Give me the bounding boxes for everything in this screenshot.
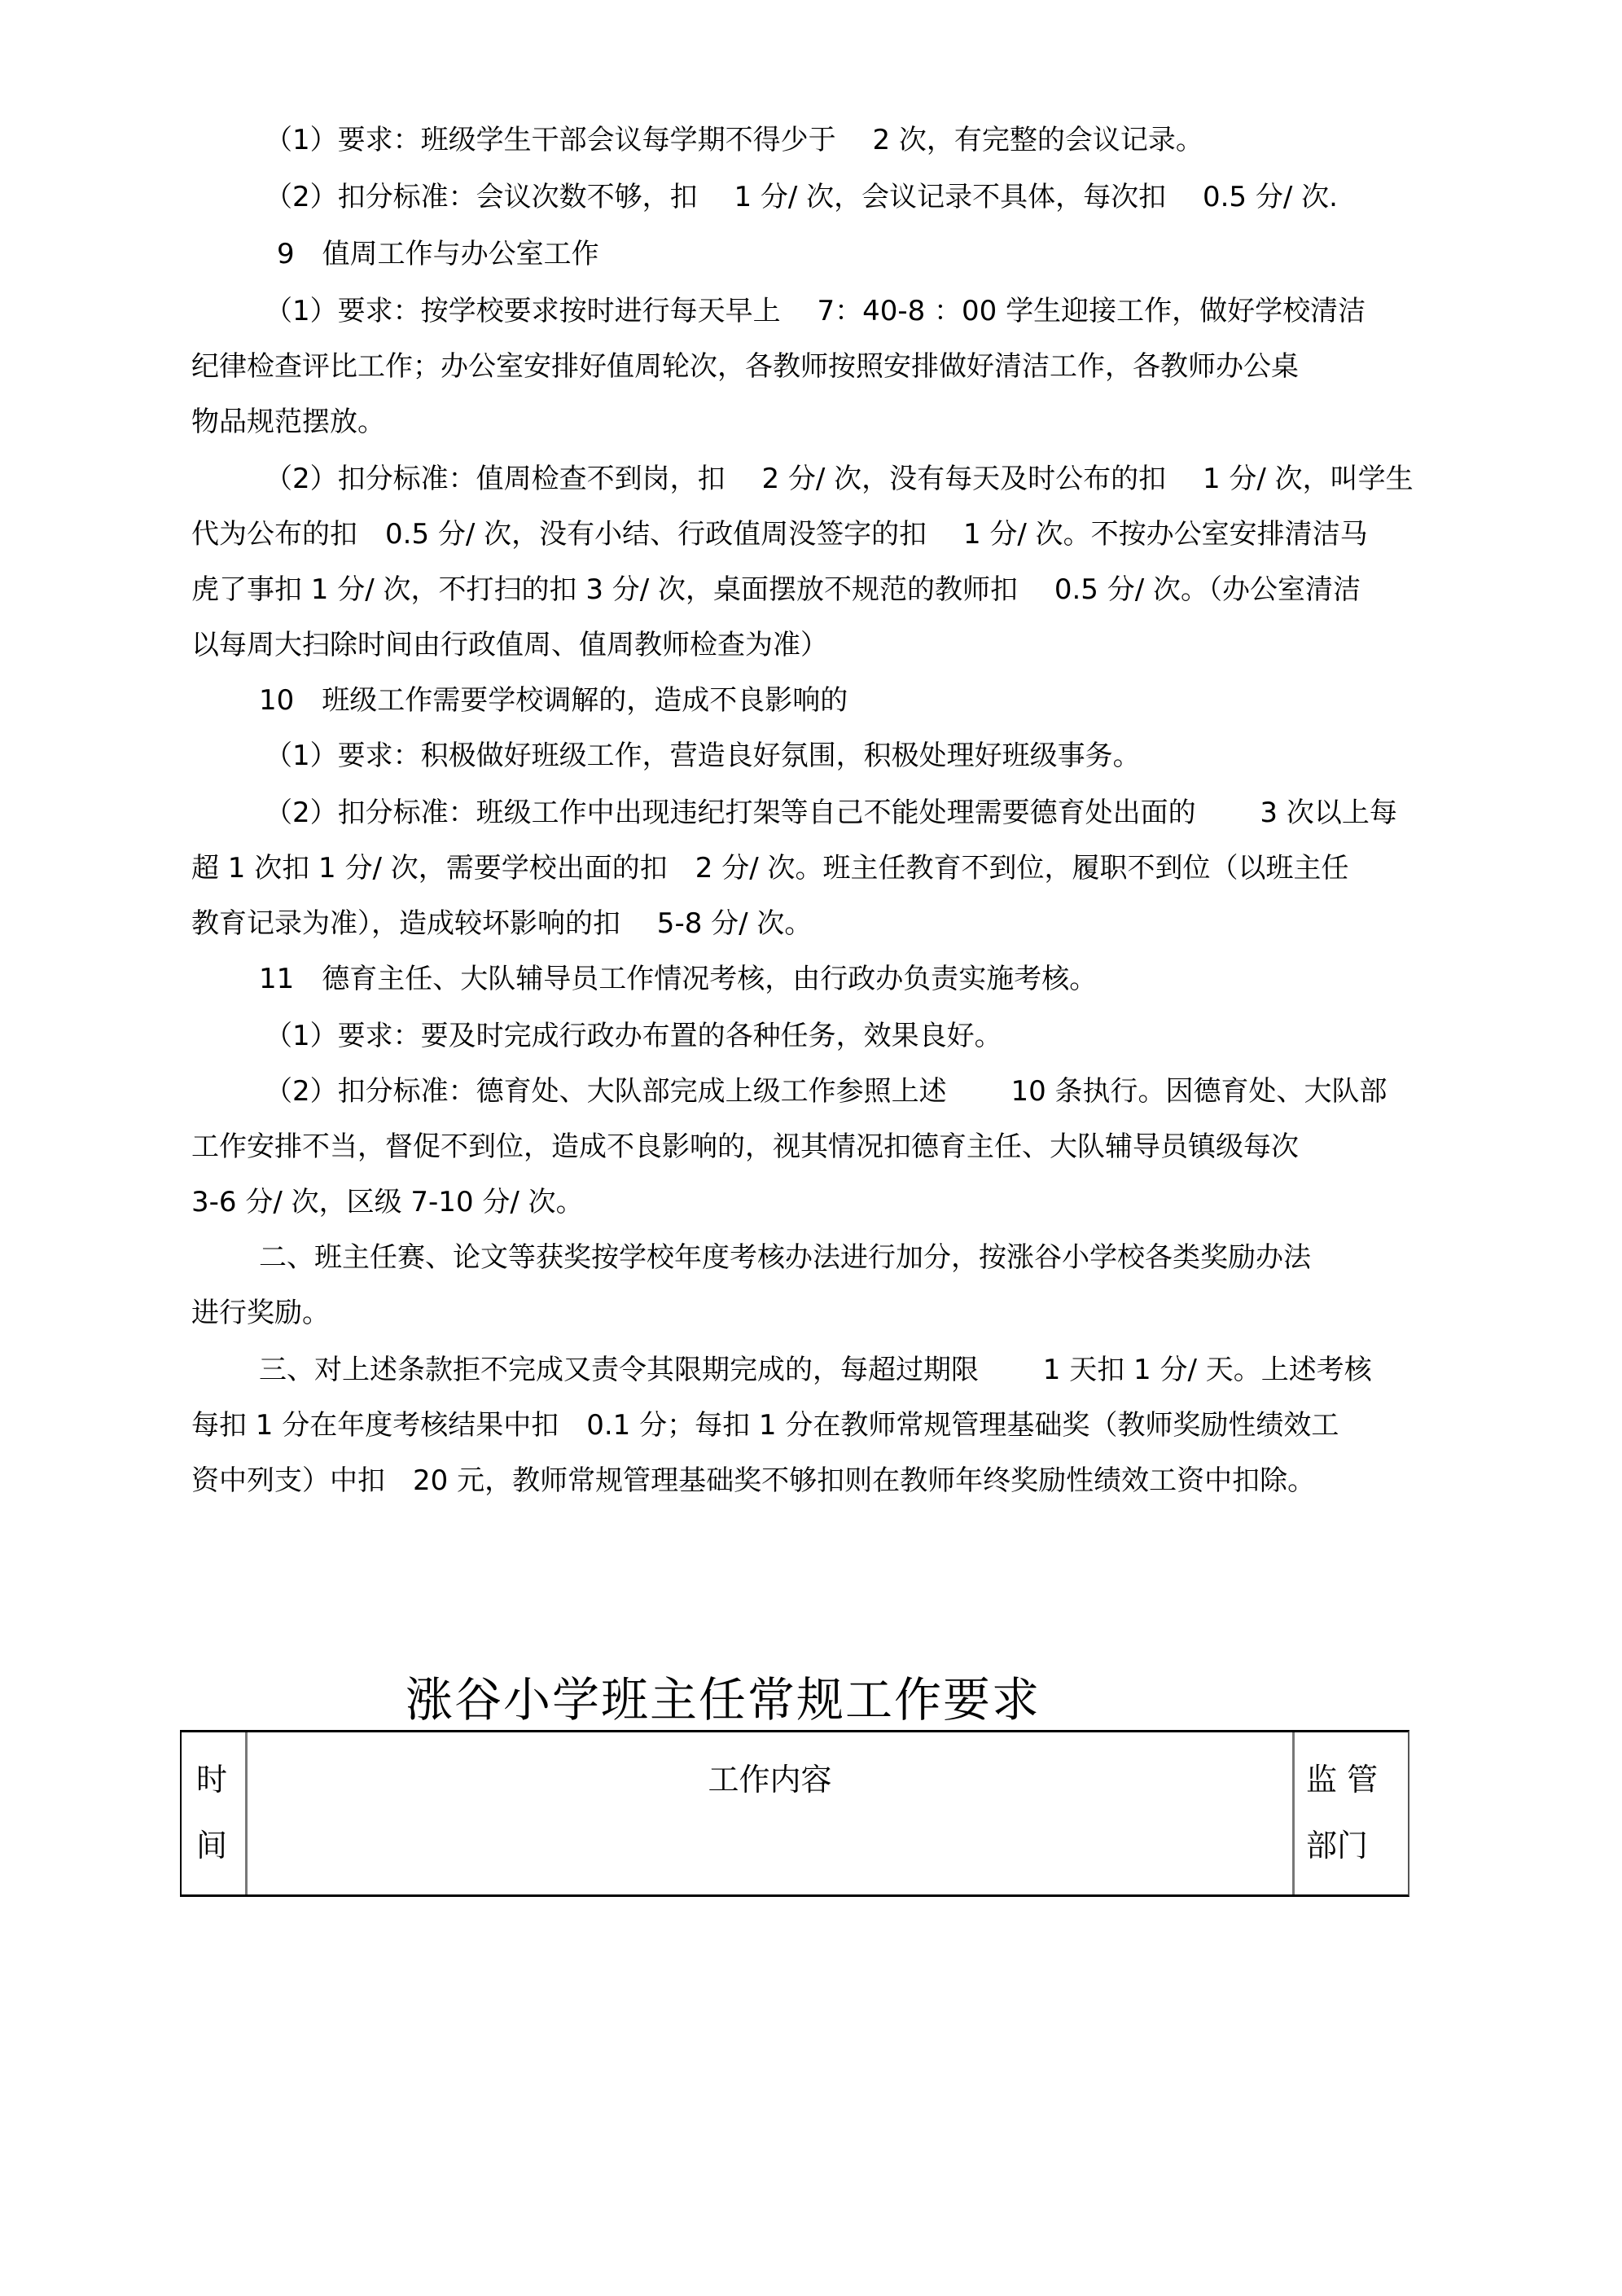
text-line: 10 班级工作需要学校调解的，造成不良影响的: [259, 683, 848, 718]
text-line: 二、班主任赛、论文等获奖按学校年度考核办法进行加分，按涨谷小学校各类奖励办法: [259, 1240, 1311, 1275]
text-line: 以每周大扫除时间由行政值周、值周教师检查为准）: [191, 627, 828, 663]
text-line: （2）扣分标准：值周检查不到岗，扣 2 分/ 次，没有每天及时公布的扣 1 分/…: [265, 461, 1414, 497]
text-line: 3-6 分/ 次，区级 7-10 分/ 次。: [191, 1184, 584, 1220]
header-content: 工作内容: [708, 1762, 831, 1798]
text-line: 资中列支）中扣 20 元，教师常规管理基础奖不够扣则在教师年终奖励性绩效工资中扣…: [191, 1463, 1315, 1499]
text-line: 进行奖励。: [191, 1295, 330, 1331]
text-line: （1）要求：积极做好班级工作，营造良好氛围，积极处理好班级事务。: [265, 738, 1141, 774]
text-line: 代为公布的扣 0.5 分/ 次，没有小结、行政值周没签字的扣 1 分/ 次。不按…: [191, 516, 1368, 552]
text-line: 每扣 1 分在年度考核结果中扣 0.1 分；每扣 1 分在教师常规管理基础奖（教…: [191, 1407, 1339, 1443]
work-requirements-table: 时 间 工作内容 监 管 部门: [180, 1730, 1409, 1897]
text-line: 超 1 次扣 1 分/ 次，需要学校出面的扣 2 分/ 次。班主任教育不到位，履…: [191, 850, 1348, 886]
document-page: （1）要求：班级学生干部会议每学期不得少于 2 次，有完整的会议记录。（2）扣分…: [0, 0, 1622, 2296]
section-title: 涨谷小学班主任常规工作要求: [405, 1671, 1041, 1728]
text-line: （2）扣分标准：德育处、大队部完成上级工作参照上述 10 条执行。因德育处、大队…: [265, 1073, 1387, 1109]
text-line: （2）扣分标准：会议次数不够，扣 1 分/ 次，会议记录不具体，每次扣 0.5 …: [265, 179, 1338, 215]
header-time-line1: 时: [196, 1762, 227, 1798]
text-line: （1）要求：按学校要求按时进行每天早上 7：40-8 ：00 学生迎接工作，做好…: [265, 293, 1366, 329]
header-cell-content: 工作内容: [248, 1732, 1295, 1894]
header-cell-department: 监 管 部门: [1295, 1732, 1408, 1894]
text-line: （1）要求：班级学生干部会议每学期不得少于 2 次，有完整的会议记录。: [265, 122, 1203, 158]
header-dept-line2: 部门: [1306, 1828, 1368, 1864]
header-cell-time: 时 间: [182, 1732, 248, 1894]
text-line: 虎了事扣 1 分/ 次，不打扫的扣 3 分/ 次，桌面摆放不规范的教师扣 0.5…: [191, 572, 1361, 608]
header-time-line2: 间: [196, 1828, 227, 1864]
header-dept-line1: 监 管: [1306, 1762, 1378, 1798]
text-line: 纪律检查评比工作；办公室安排好值周轮次，各教师按照安排做好清洁工作，各教师办公桌: [191, 349, 1299, 384]
text-line: （2）扣分标准：班级工作中出现违纪打架等自己不能处理需要德育处出面的 3 次以上…: [265, 795, 1397, 831]
text-line: 9 值周工作与办公室工作: [277, 236, 599, 272]
text-line: 物品规范摆放。: [191, 404, 385, 440]
text-line: （1）要求：要及时完成行政办布置的各种任务，效果良好。: [265, 1018, 1002, 1054]
text-line: 工作安排不当，督促不到位，造成不良影响的，视其情况扣德育主任、大队辅导员镇级每次: [191, 1129, 1299, 1165]
text-line: 教育记录为准），造成较坏影响的扣 5-8 分/ 次。: [191, 906, 812, 942]
text-line: 三、对上述条款拒不完成又责令其限期完成的，每超过期限 1 天扣 1 分/ 天。上…: [259, 1352, 1372, 1388]
text-line: 11 德育主任、大队辅导员工作情况考核，由行政办负责实施考核。: [259, 961, 1097, 997]
